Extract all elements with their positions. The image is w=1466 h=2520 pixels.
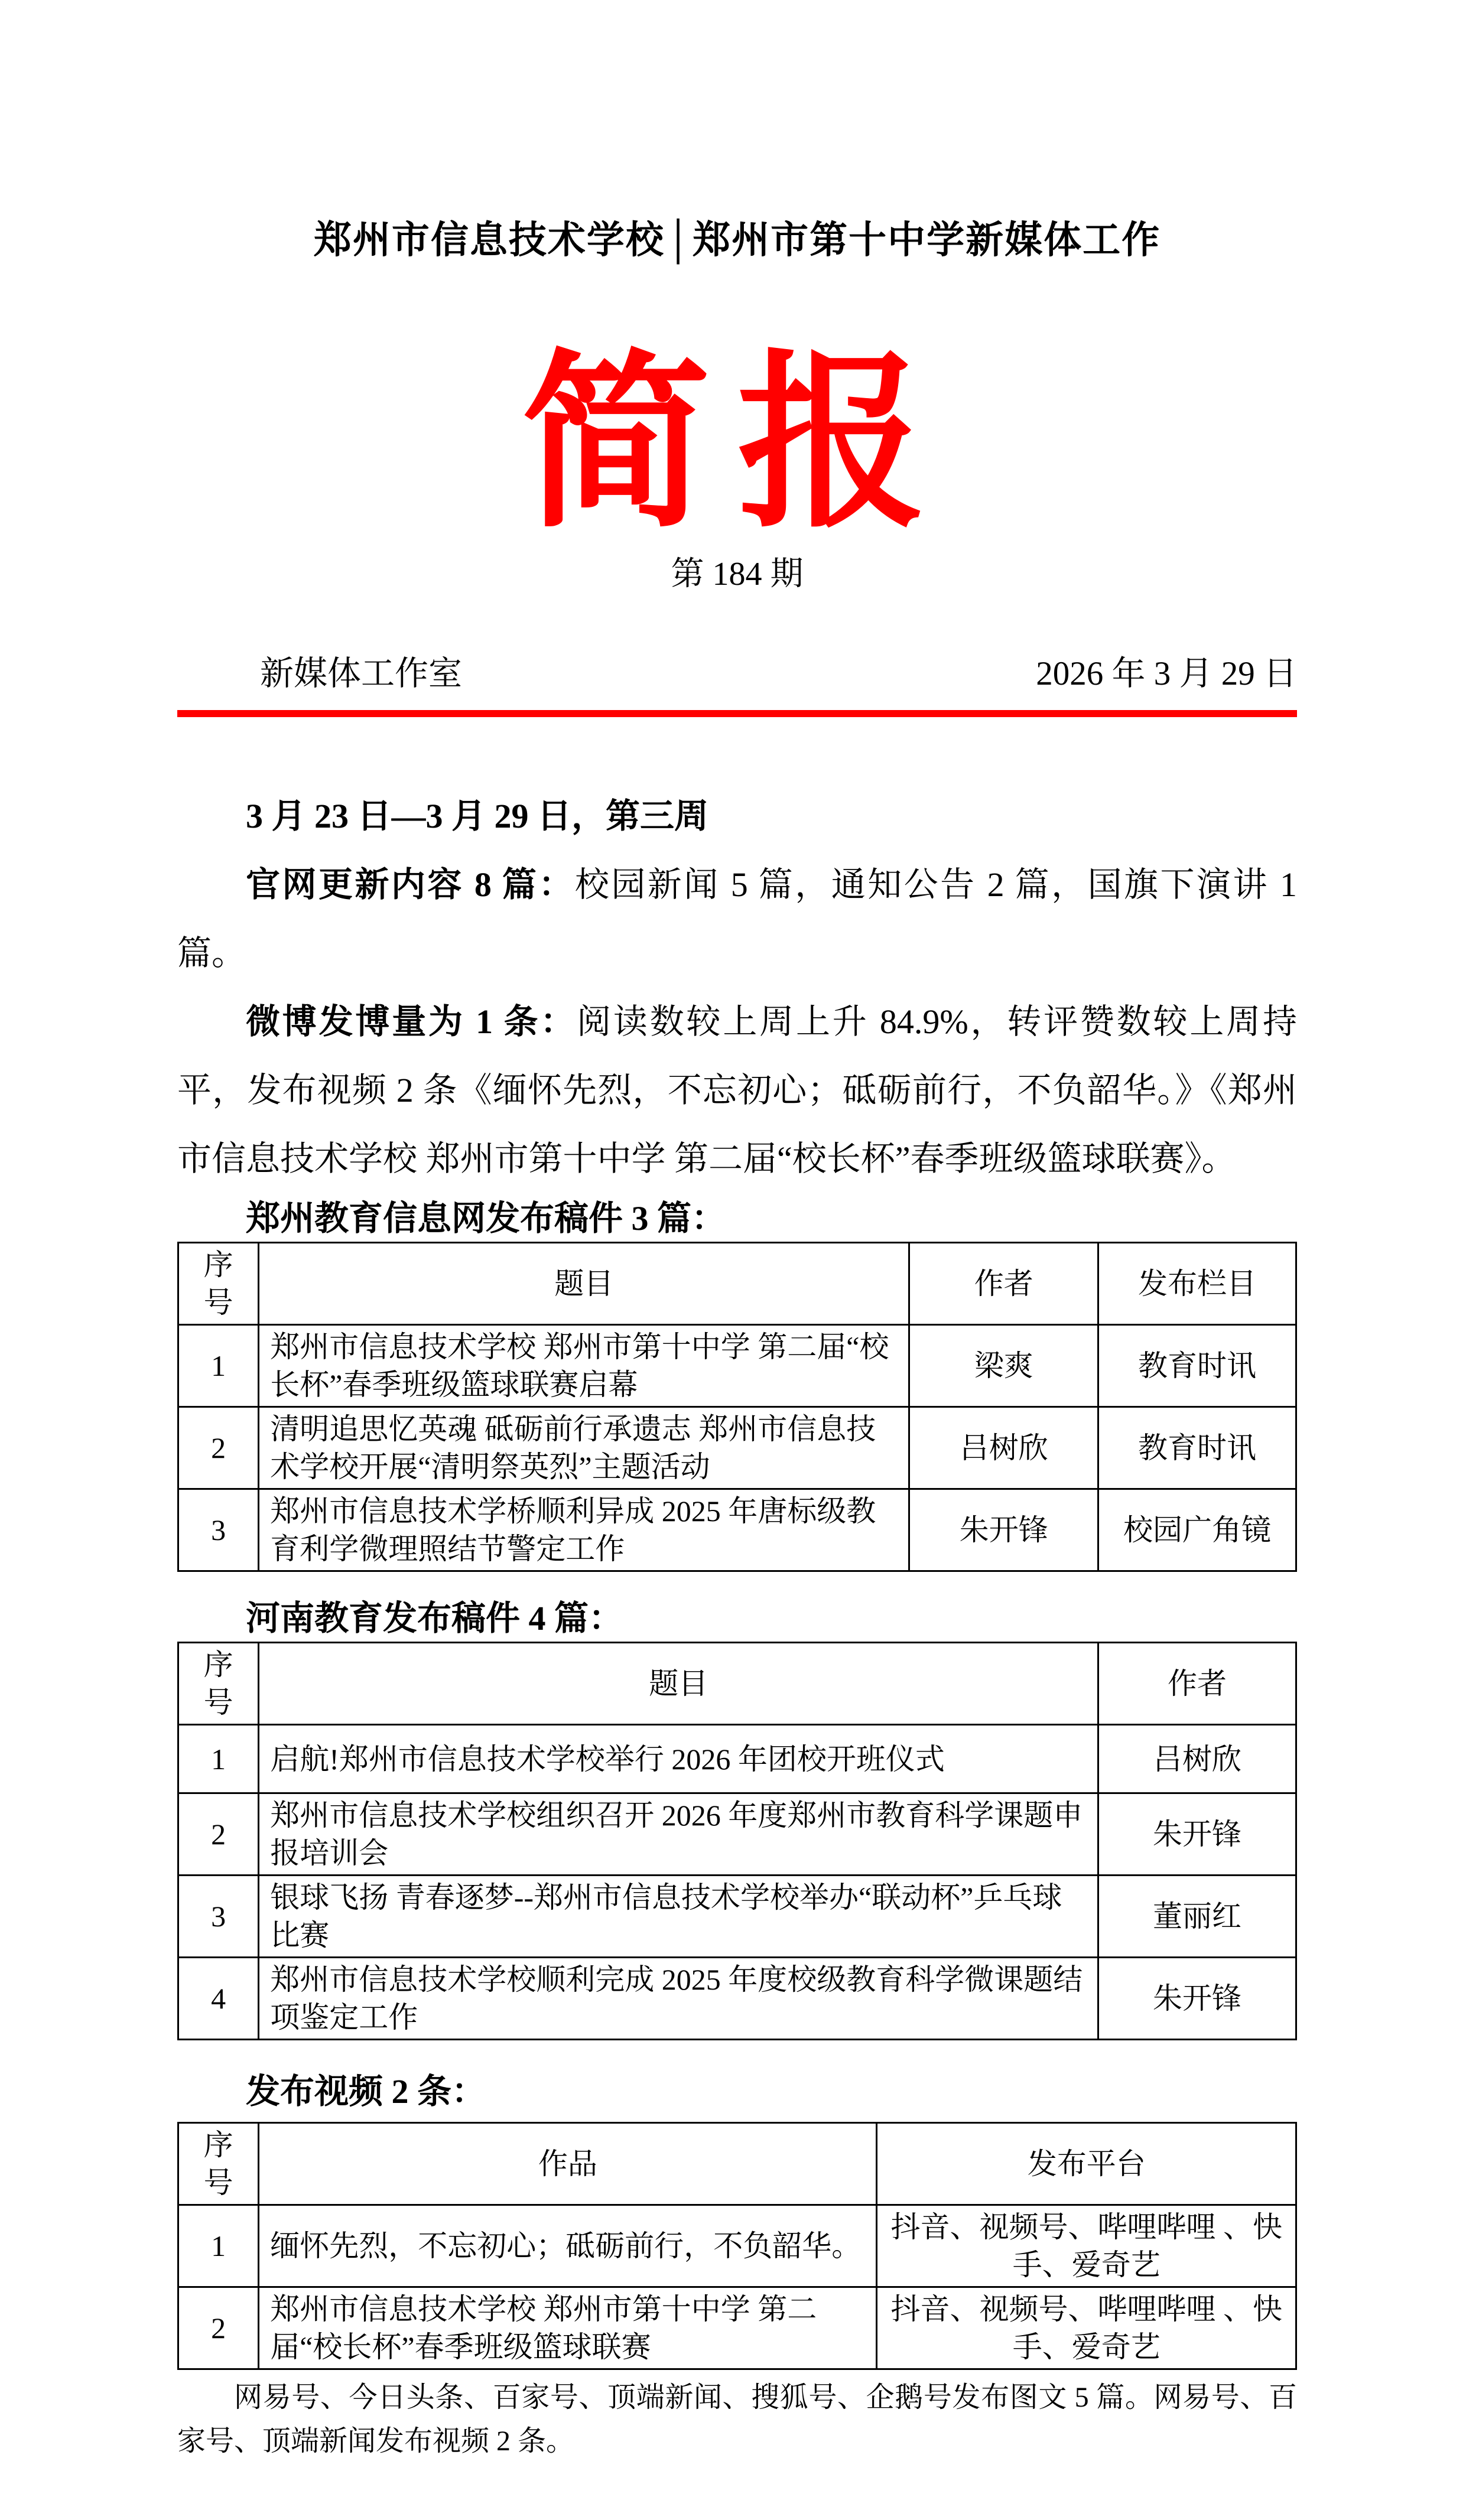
table-row: 2清明追思忆英魂 砥砺前行承遗志 郑州市信息技术学校开展“清明祭英烈”主题活动吕… [178, 1407, 1296, 1489]
table-cell-title: 郑州市信息技术学校 郑州市第十中学 第二届“校长杯”春季班级篮球联赛 [259, 2287, 877, 2369]
paragraph-week-range: 3 月 23 日—3 月 29 日，第三周 [177, 782, 1297, 851]
table-cell-column: 教育时讯 [1098, 1407, 1296, 1489]
table-cell-no: 3 [178, 1876, 259, 1958]
red-divider [177, 710, 1297, 717]
publish-date: 2026 年 3 月 29 日 [1036, 657, 1297, 691]
table-cell-no: 2 [178, 1793, 259, 1876]
column-header: 序号 [178, 2123, 259, 2205]
table-row: 1缅怀先烈，不忘初心；砥砺前行，不负韶华。抖音、视频号、哔哩哔哩 、快手、爱奇艺 [178, 2205, 1296, 2287]
section-heading-zhengzhou-edu-net: 郑州教育信息网发布稿件 3 篇： [177, 1198, 1297, 1239]
website-lead: 官网更新内容 8 篇： [246, 865, 575, 904]
table-cell-no: 1 [178, 1325, 259, 1407]
table-cell-title: 郑州市信息技术学校 郑州市第十中学 第二届“校长杯”春季班级篮球联赛启幕 [259, 1325, 909, 1407]
column-header: 序号 [178, 1643, 259, 1725]
bulletin-document: 郑州市信息技术学校│郑州市第十中学新媒体工作 简报 第 184 期 新媒体工作室… [0, 0, 1466, 2463]
table-cell-author: 朱开锋 [1098, 1793, 1296, 1876]
table-cell-title: 缅怀先烈，不忘初心；砥砺前行，不负韶华。 [259, 2205, 877, 2287]
table-cell-author: 吕树欣 [909, 1407, 1098, 1489]
table-cell-author: 朱开锋 [1098, 1958, 1296, 2040]
table-row: 4郑州市信息技术学校顺利完成 2025 年度校级教育科学微课题结项鉴定工作朱开锋 [178, 1958, 1296, 2040]
table-cell-author: 吕树欣 [1098, 1725, 1296, 1793]
body-text: 3 月 23 日—3 月 29 日，第三周 官网更新内容 8 篇：校园新闻 5 … [177, 782, 1297, 2463]
table-cell-title: 郑州市信息技术学桥顺利异成 2025 年唐标级教育利学微理照结节警定工作 [259, 1489, 909, 1571]
table-cell-no: 3 [178, 1489, 259, 1571]
published-videos-table: 序号作品发布平台1缅怀先烈，不忘初心；砥砺前行，不负韶华。抖音、视频号、哔哩哔哩… [177, 2122, 1297, 2370]
publication-line: 新媒体工作室 2026 年 3 月 29 日 [177, 657, 1297, 691]
publisher-office: 新媒体工作室 [260, 657, 462, 691]
table-cell-title: 银球飞扬 青春逐梦--郑州市信息技术学校举办“联动杯”乒乓球比赛 [259, 1876, 1098, 1958]
column-header: 题目 [259, 1643, 1098, 1725]
column-header: 作者 [909, 1243, 1098, 1325]
issue-number: 第 184 期 [177, 558, 1297, 591]
table-row: 1启航!郑州市信息技术学校举行 2026 年团校开班仪式吕树欣 [178, 1725, 1296, 1793]
table-header-row: 序号题目作者发布栏目 [178, 1243, 1296, 1325]
column-header: 发布栏目 [1098, 1243, 1296, 1325]
paragraph-weibo-stats: 微博发博量为 1 条：阅读数较上周上升 84.9%，转评赞数较上周持平，发布视频… [177, 988, 1297, 1193]
footer-note: 网易号、今日头条、百家号、顶端新闻、搜狐号、企鹅号发布图文 5 篇。网易号、百家… [177, 2376, 1297, 2463]
table-cell-platform: 抖音、视频号、哔哩哔哩 、快手、爱奇艺 [877, 2205, 1296, 2287]
table-cell-column: 教育时讯 [1098, 1325, 1296, 1407]
table-header-row: 序号题目作者 [178, 1643, 1296, 1725]
table-row: 2郑州市信息技术学校组织召开 2026 年度郑州市教育科学课题申报培训会朱开锋 [178, 1793, 1296, 1876]
table-header-row: 序号作品发布平台 [178, 2123, 1296, 2205]
table-cell-no: 4 [178, 1958, 259, 2040]
table-cell-title: 郑州市信息技术学校组织召开 2026 年度郑州市教育科学课题申报培训会 [259, 1793, 1098, 1876]
column-header: 序号 [178, 1243, 259, 1325]
table-cell-no: 2 [178, 1407, 259, 1489]
table-cell-author: 梁爽 [909, 1325, 1098, 1407]
weibo-lead: 微博发博量为 1 条： [246, 1002, 577, 1041]
table-cell-title: 清明追思忆英魂 砥砺前行承遗志 郑州市信息技术学校开展“清明祭英烈”主题活动 [259, 1407, 909, 1489]
paragraph-website-updates: 官网更新内容 8 篇：校园新闻 5 篇，通知公告 2 篇，国旗下演讲 1 篇。 [177, 851, 1297, 988]
henan-edu-articles-table: 序号题目作者1启航!郑州市信息技术学校举行 2026 年团校开班仪式吕树欣2郑州… [177, 1642, 1297, 2040]
table-cell-author: 董丽红 [1098, 1876, 1296, 1958]
zhengzhou-edu-net-articles-table: 序号题目作者发布栏目1郑州市信息技术学校 郑州市第十中学 第二届“校长杯”春季班… [177, 1242, 1297, 1572]
section-heading-videos: 发布视频 2 条： [177, 2071, 1297, 2112]
table-cell-column: 校园广角镜 [1098, 1489, 1296, 1571]
table-cell-title: 启航!郑州市信息技术学校举行 2026 年团校开班仪式 [259, 1725, 1098, 1793]
table-cell-no: 1 [178, 2205, 259, 2287]
table-cell-no: 1 [178, 1725, 259, 1793]
table-row: 3银球飞扬 青春逐梦--郑州市信息技术学校举办“联动杯”乒乓球比赛董丽红 [178, 1876, 1296, 1958]
table-row: 2郑州市信息技术学校 郑州市第十中学 第二届“校长杯”春季班级篮球联赛抖音、视频… [178, 2287, 1296, 2369]
column-header: 作品 [259, 2123, 877, 2205]
column-header: 作者 [1098, 1643, 1296, 1725]
table-cell-no: 2 [178, 2287, 259, 2369]
table-row: 3郑州市信息技术学桥顺利异成 2025 年唐标级教育利学微理照结节警定工作朱开锋… [178, 1489, 1296, 1571]
section-heading-henan-edu: 河南教育发布稿件 4 篇： [177, 1598, 1297, 1639]
organization-title: 郑州市信息技术学校│郑州市第十中学新媒体工作 [177, 222, 1297, 259]
column-header: 发布平台 [877, 2123, 1296, 2205]
column-header: 题目 [259, 1243, 909, 1325]
masthead-title: 简报 [177, 351, 1297, 540]
table-cell-title: 郑州市信息技术学校顺利完成 2025 年度校级教育科学微课题结项鉴定工作 [259, 1958, 1098, 2040]
table-row: 1郑州市信息技术学校 郑州市第十中学 第二届“校长杯”春季班级篮球联赛启幕梁爽教… [178, 1325, 1296, 1407]
table-cell-author: 朱开锋 [909, 1489, 1098, 1571]
table-cell-platform: 抖音、视频号、哔哩哔哩 、快手、爱奇艺 [877, 2287, 1296, 2369]
